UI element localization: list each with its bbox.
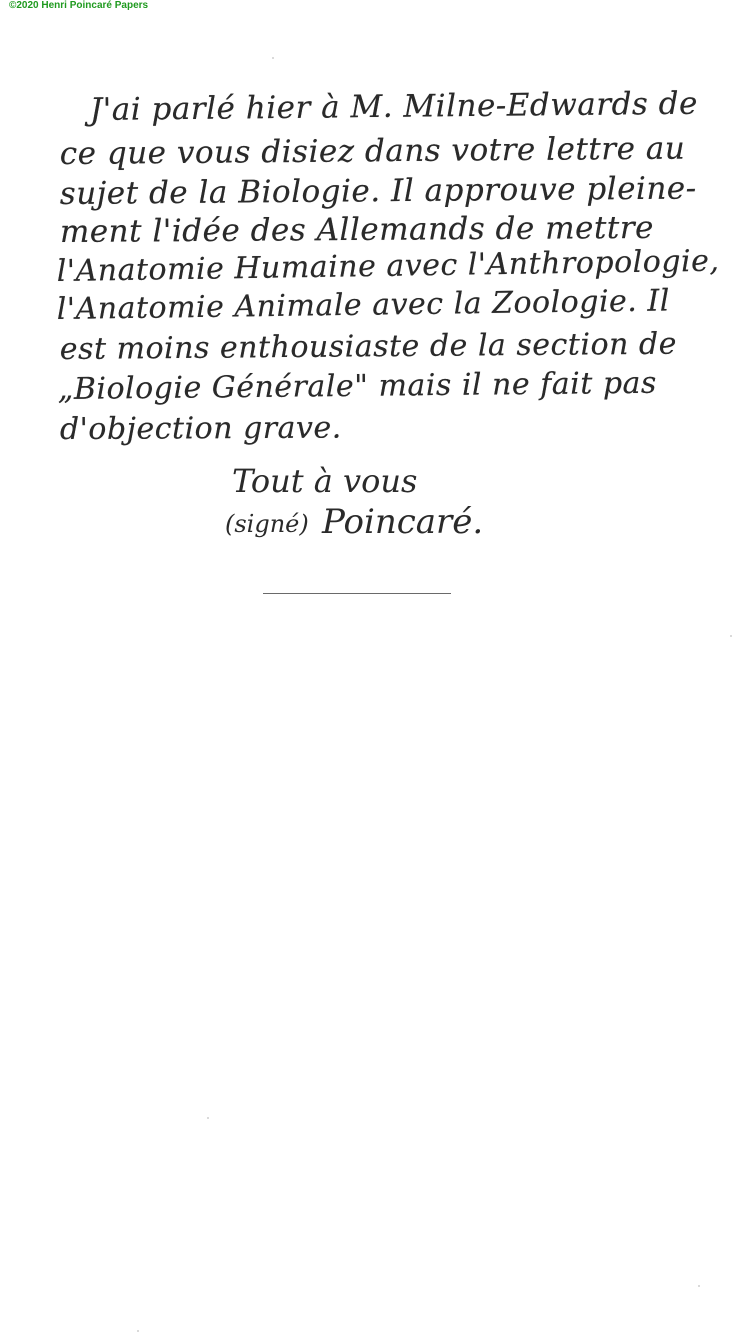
signature: Poincaré. [322,502,483,542]
paper-speck [207,1117,209,1119]
letter-line: sujet de la Biologie. Il approuve pleine… [60,170,697,212]
letter-line: l'Anatomie Animale avec la Zoologie. Il [57,283,671,327]
paper-speck [730,635,732,637]
closing-line: Tout à vous [232,462,417,500]
letter-line: l'Anatomie Humaine avec l'Anthropologie, [56,244,719,289]
signature-prefix: (signé) [225,510,309,538]
letter-line: ce que vous disiez dans votre lettre au [60,131,686,172]
handwritten-letter: J'ai parlé hier à M. Milne-Edwards de ce… [0,0,749,1334]
letter-line: d'objection grave. [60,411,342,447]
letter-line: est moins enthousiaste de la section de [60,327,677,367]
paper-speck [698,1285,700,1287]
paper-speck [272,57,274,59]
paper-speck [137,1330,139,1332]
letter-line: J'ai parlé hier à M. Milne-Edwards de [90,86,698,128]
letter-line: „Biologie Générale" mais il ne fait pas [58,366,657,407]
closing-rule [263,593,451,594]
letter-line: ment l'idée des Allemands de mettre [60,210,654,250]
